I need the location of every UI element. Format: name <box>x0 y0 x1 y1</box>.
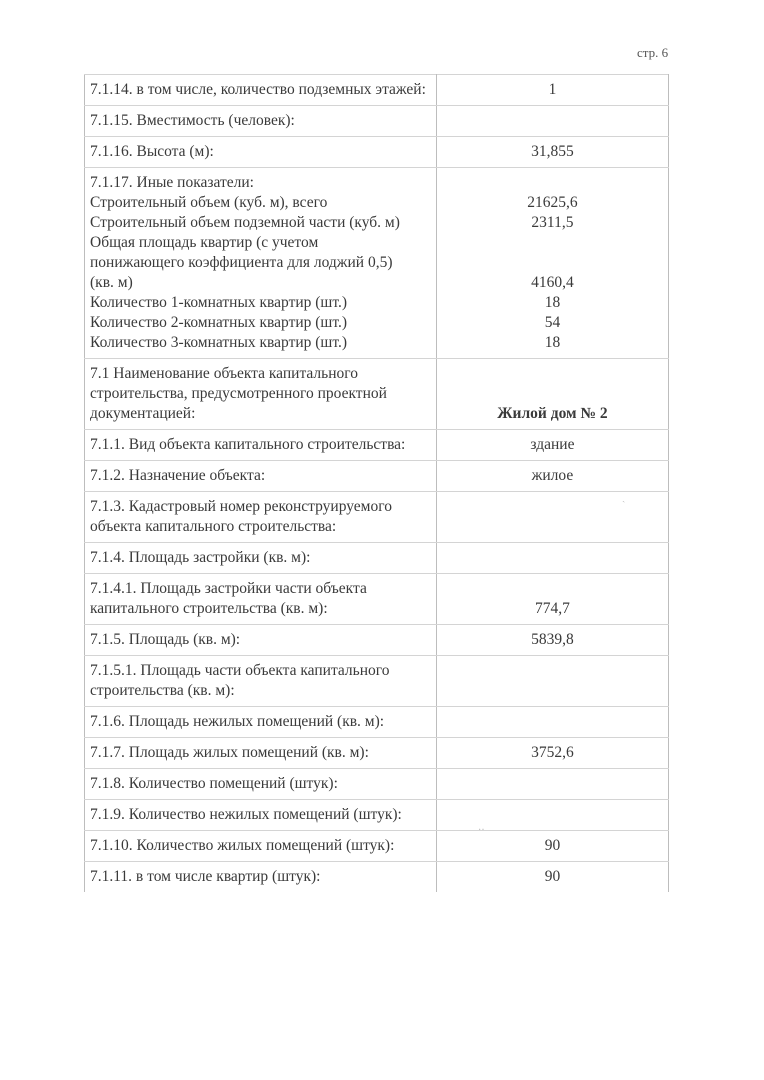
row-value: 3752,6 <box>436 738 668 769</box>
sub-label: Строительный объем подземной части (куб.… <box>90 213 431 233</box>
row-value <box>436 656 668 707</box>
table-row: 7.1.15. Вместимость (человек): <box>85 106 669 137</box>
row-label: 7.1.8. Количество помещений (штук): <box>85 769 437 800</box>
row-value <box>436 800 668 831</box>
table-row: 7.1.3. Кадастровый номер реконструируемо… <box>85 492 669 543</box>
row-value: Жилой дом № 2 <box>436 359 668 430</box>
row-value: 21625,62311,5 4160,4185418 <box>436 168 668 359</box>
table-row: 7.1.7. Площадь жилых помещений (кв. м):3… <box>85 738 669 769</box>
row-value: 31,855 <box>436 137 668 168</box>
row-label: 7.1.6. Площадь нежилых помещений (кв. м)… <box>85 707 437 738</box>
sub-value: 21625,6 <box>442 193 663 213</box>
sub-label: (кв. м) <box>90 273 431 293</box>
value-text: 3752,6 <box>531 744 574 761</box>
row-value <box>436 106 668 137</box>
value-text: 90 <box>545 868 561 885</box>
table-row: 7.1.10. Количество жилых помещений (штук… <box>85 831 669 862</box>
row-label: 7.1.5. Площадь (кв. м): <box>85 625 437 656</box>
sub-value: 54 <box>442 313 663 333</box>
sub-value <box>442 253 663 273</box>
scan-artifact: ‥ <box>478 822 485 833</box>
sub-value: 2311,5 <box>442 213 663 233</box>
row-value: жилое <box>436 461 668 492</box>
row-label: 7.1.2. Назначение объекта: <box>85 461 437 492</box>
value-text: 1 <box>549 81 557 98</box>
table-body: 7.1.14. в том числе, количество подземны… <box>85 75 669 893</box>
table-row: 7.1.17. Иные показатели:Строительный объ… <box>85 168 669 359</box>
row-label: 7.1.9. Количество нежилых помещений (шту… <box>85 800 437 831</box>
row-label: 7.1.7. Площадь жилых помещений (кв. м): <box>85 738 437 769</box>
row-heading: 7.1.17. Иные показатели: <box>90 173 431 193</box>
sub-value: 4160,4 <box>442 273 663 293</box>
sub-label: Общая площадь квартир (с учетом <box>90 233 431 253</box>
page-number: стр. 6 <box>637 45 668 61</box>
value-text: Жилой дом № 2 <box>497 405 607 422</box>
row-value: 1 <box>436 75 668 106</box>
table-row: 7.1.1. Вид объекта капитального строител… <box>85 430 669 461</box>
value-text: 31,855 <box>531 143 574 160</box>
value-text: жилое <box>532 467 574 484</box>
row-value: 5839,8 <box>436 625 668 656</box>
row-value: 774,7 <box>436 574 668 625</box>
value-text: 774,7 <box>535 600 570 617</box>
row-value <box>436 492 668 543</box>
table-row: 7.1.8. Количество помещений (штук): <box>85 769 669 800</box>
project-parameters-table: 7.1.14. в том числе, количество подземны… <box>84 74 669 892</box>
sub-label: Количество 3-комнатных квартир (шт.) <box>90 333 431 353</box>
table-row: 7.1.14. в том числе, количество подземны… <box>85 75 669 106</box>
sub-label: понижающего коэффициента для лоджий 0,5) <box>90 253 431 273</box>
table-row: 7.1.11. в том числе квартир (штук):90 <box>85 862 669 893</box>
row-label: 7.1.16. Высота (м): <box>85 137 437 168</box>
row-value: 90 <box>436 862 668 893</box>
row-label: 7.1.4. Площадь застройки (кв. м): <box>85 543 437 574</box>
row-label: 7.1.1. Вид объекта капитального строител… <box>85 430 437 461</box>
value-text: 5839,8 <box>531 631 574 648</box>
row-value <box>436 543 668 574</box>
table-row: 7.1 Наименование объекта капитального ст… <box>85 359 669 430</box>
row-label: 7.1.14. в том числе, количество подземны… <box>85 75 437 106</box>
row-label: 7.1.10. Количество жилых помещений (штук… <box>85 831 437 862</box>
row-label: 7.1.5.1. Площадь части объекта капитальн… <box>85 656 437 707</box>
row-label: 7.1.4.1. Площадь застройки части объекта… <box>85 574 437 625</box>
value-text: 90 <box>545 837 561 854</box>
sub-label: Строительный объем (куб. м), всего <box>90 193 431 213</box>
row-label: 7.1 Наименование объекта капитального ст… <box>85 359 437 430</box>
sub-label: Количество 2-комнатных квартир (шт.) <box>90 313 431 333</box>
scan-artifact: ˏ <box>622 492 625 503</box>
sub-value: 18 <box>442 293 663 313</box>
sub-value <box>442 233 663 253</box>
sub-label: Количество 1-комнатных квартир (шт.) <box>90 293 431 313</box>
value-text: здание <box>530 436 574 453</box>
row-label: 7.1.15. Вместимость (человек): <box>85 106 437 137</box>
table-row: 7.1.2. Назначение объекта:жилое <box>85 461 669 492</box>
sub-value: 18 <box>442 333 663 353</box>
table-row: 7.1.6. Площадь нежилых помещений (кв. м)… <box>85 707 669 738</box>
row-value <box>436 769 668 800</box>
table-row: 7.1.5. Площадь (кв. м):5839,8 <box>85 625 669 656</box>
table-row: 7.1.4. Площадь застройки (кв. м): <box>85 543 669 574</box>
row-value: 90 <box>436 831 668 862</box>
row-label: 7.1.17. Иные показатели:Строительный объ… <box>85 168 437 359</box>
table-row: 7.1.5.1. Площадь части объекта капитальн… <box>85 656 669 707</box>
row-value: здание <box>436 430 668 461</box>
table-row: 7.1.4.1. Площадь застройки части объекта… <box>85 574 669 625</box>
row-value <box>436 707 668 738</box>
row-label: 7.1.3. Кадастровый номер реконструируемо… <box>85 492 437 543</box>
table-row: 7.1.16. Высота (м):31,855 <box>85 137 669 168</box>
table-row: 7.1.9. Количество нежилых помещений (шту… <box>85 800 669 831</box>
row-label: 7.1.11. в том числе квартир (штук): <box>85 862 437 893</box>
